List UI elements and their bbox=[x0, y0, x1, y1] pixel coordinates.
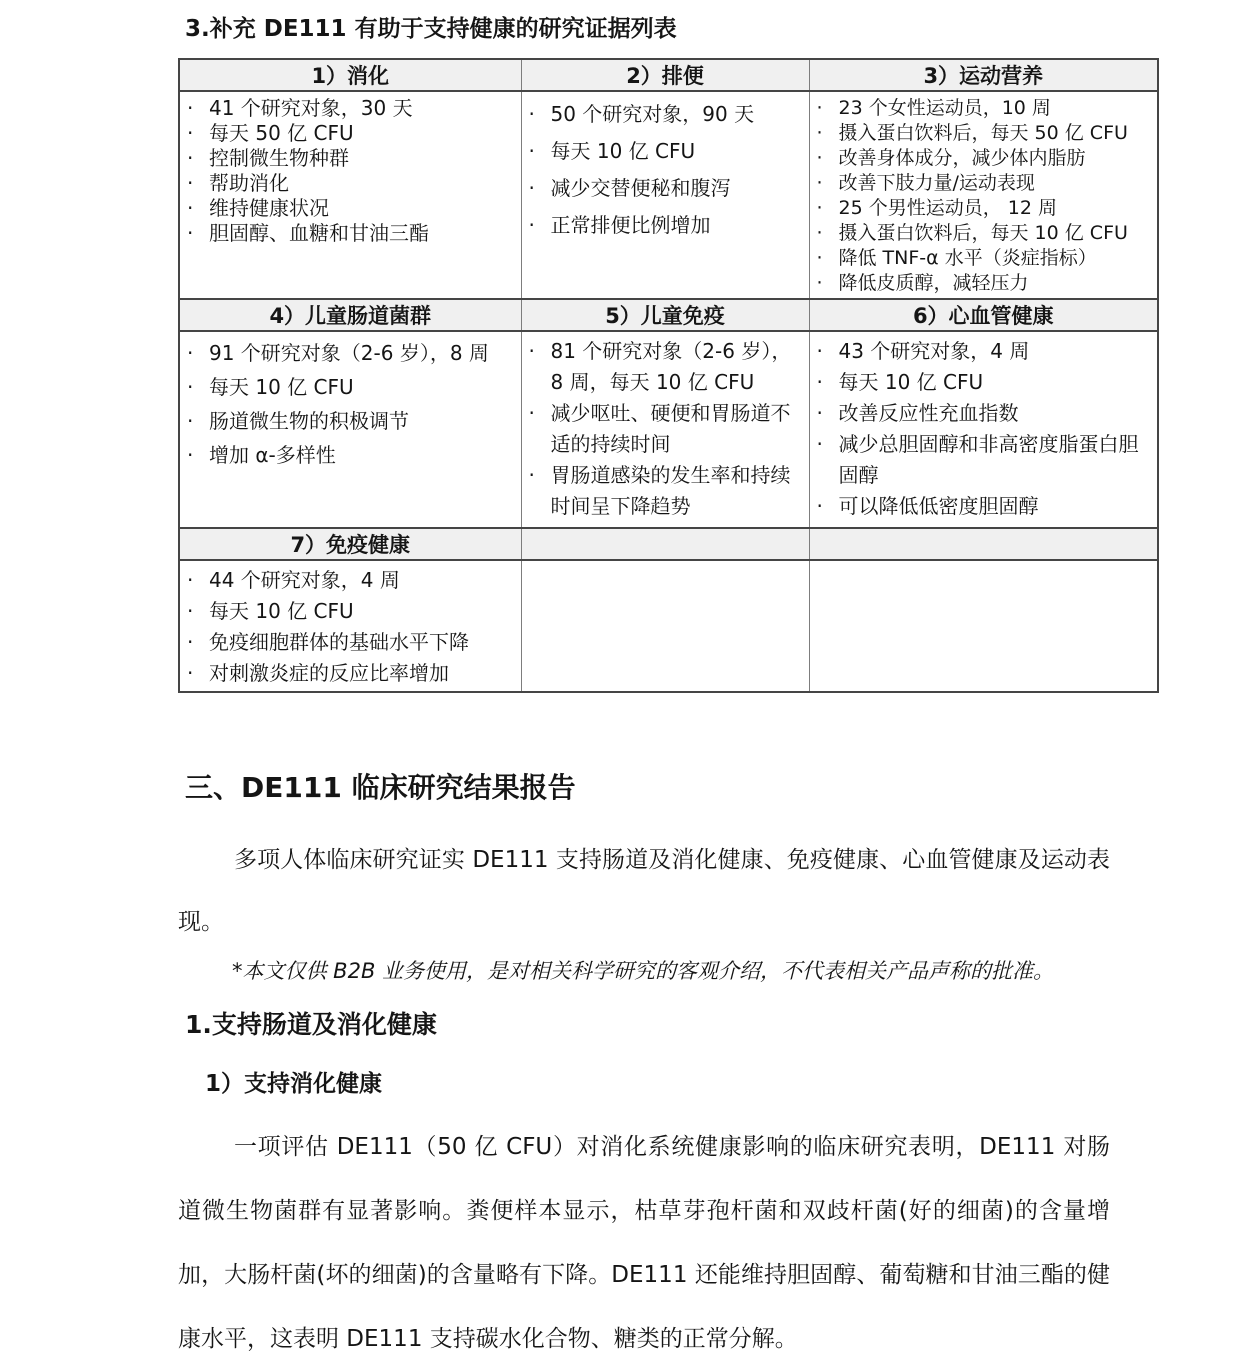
section-header-digestion: 1）消化 bbox=[179, 59, 521, 91]
intro-paragraph: 多项人体临床研究证实 DE111 支持肠道及消化健康、免疫健康、心血管健康及运动… bbox=[178, 829, 1110, 953]
b2b-disclaimer: *本文仅供 B2B 业务使用，是对相关科学研究的客观介绍，不代表相关产品声称的批… bbox=[178, 955, 1110, 987]
section-cell-immune-health: 44 个研究对象，4 周每天 10 亿 CFU免疫细胞群体的基础水平下降对刺激炎… bbox=[179, 560, 521, 692]
bullet-item: 改善反应性充血指数 bbox=[817, 398, 1151, 429]
section-header-bowel: 2）排便 bbox=[521, 59, 809, 91]
report-heading: 三、DE111 临床研究结果报告 bbox=[185, 771, 1240, 805]
bullet-item: 每天 10 亿 CFU bbox=[187, 370, 514, 404]
empty-header-cell bbox=[809, 528, 1158, 560]
table-body-row: 44 个研究对象，4 周每天 10 亿 CFU免疫细胞群体的基础水平下降对刺激炎… bbox=[179, 560, 1158, 692]
bullet-item: 摄入蛋白饮料后，每天 50 亿 CFU bbox=[817, 121, 1151, 146]
table-header-row: 4）儿童肠道菌群 5）儿童免疫 6）心血管健康 bbox=[179, 299, 1158, 331]
section-cell-bowel: 50 个研究对象，90 天每天 10 亿 CFU减少交替便秘和腹泻正常排便比例增… bbox=[521, 91, 809, 299]
evidence-list-bowel: 50 个研究对象，90 天每天 10 亿 CFU减少交替便秘和腹泻正常排便比例增… bbox=[529, 96, 802, 244]
bullet-item: 41 个研究对象，30 天 bbox=[187, 96, 514, 121]
evidence-list-child-immunity: 81 个研究对象（2-6 岁），8 周，每天 10 亿 CFU减少呕吐、硬便和胃… bbox=[529, 336, 802, 522]
section-cell-cardio: 43 个研究对象，4 周每天 10 亿 CFU改善反应性充血指数减少总胆固醇和非… bbox=[809, 331, 1158, 528]
bullet-item: 免疫细胞群体的基础水平下降 bbox=[187, 627, 514, 658]
evidence-list-cardio: 43 个研究对象，4 周每天 10 亿 CFU改善反应性充血指数减少总胆固醇和非… bbox=[817, 336, 1151, 522]
bullet-item: 每天 10 亿 CFU bbox=[817, 367, 1151, 398]
evidence-table: 1）消化 2）排便 3）运动营养 41 个研究对象，30 天每天 50 亿 CF… bbox=[178, 58, 1159, 693]
section-header-immune-health: 7）免疫健康 bbox=[179, 528, 521, 560]
table-title: 3.补充 DE111 有助于支持健康的研究证据列表 bbox=[185, 14, 1240, 44]
table-header-row: 7）免疫健康 bbox=[179, 528, 1158, 560]
bullet-item: 可以降低低密度胆固醇 bbox=[817, 491, 1151, 522]
section-cell-child-immunity: 81 个研究对象（2-6 岁），8 周，每天 10 亿 CFU减少呕吐、硬便和胃… bbox=[521, 331, 809, 528]
bullet-item: 每天 10 亿 CFU bbox=[529, 133, 802, 170]
bullet-item: 控制微生物种群 bbox=[187, 146, 514, 171]
bullet-item: 每天 10 亿 CFU bbox=[187, 596, 514, 627]
bullet-item: 改善下肢力量/运动表现 bbox=[817, 171, 1151, 196]
table-body-row: 41 个研究对象，30 天每天 50 亿 CFU控制微生物种群帮助消化维持健康状… bbox=[179, 91, 1158, 299]
section-header-child-gut: 4）儿童肠道菌群 bbox=[179, 299, 521, 331]
bullet-item: 帮助消化 bbox=[187, 171, 514, 196]
bullet-item: 减少总胆固醇和非高密度脂蛋白胆固醇 bbox=[817, 429, 1151, 491]
section-heading-gut-digestive: 1.支持肠道及消化健康 bbox=[185, 1009, 1240, 1041]
bullet-item: 胃肠道感染的发生率和持续时间呈下降趋势 bbox=[529, 460, 802, 522]
evidence-list-immune-health: 44 个研究对象，4 周每天 10 亿 CFU免疫细胞群体的基础水平下降对刺激炎… bbox=[187, 565, 514, 689]
bullet-item: 改善身体成分，减少体内脂肪 bbox=[817, 146, 1151, 171]
empty-cell bbox=[521, 560, 809, 692]
section-header-cardio: 6）心血管健康 bbox=[809, 299, 1158, 331]
bullet-item: 25 个男性运动员， 12 周 bbox=[817, 196, 1151, 221]
bullet-item: 维持健康状况 bbox=[187, 196, 514, 221]
bullet-item: 降低 TNF-α 水平（炎症指标） bbox=[817, 246, 1151, 271]
bullet-item: 对刺激炎症的反应比率增加 bbox=[187, 658, 514, 689]
subsection-heading-digestive: 1）支持消化健康 bbox=[205, 1069, 1240, 1099]
bullet-item: 43 个研究对象，4 周 bbox=[817, 336, 1151, 367]
bullet-item: 50 个研究对象，90 天 bbox=[529, 96, 802, 133]
section-cell-child-gut: 91 个研究对象（2-6 岁），8 周每天 10 亿 CFU肠道微生物的积极调节… bbox=[179, 331, 521, 528]
section-cell-sports-nutrition: 23 个女性运动员，10 周摄入蛋白饮料后，每天 50 亿 CFU改善身体成分，… bbox=[809, 91, 1158, 299]
evidence-list-sports-nutrition: 23 个女性运动员，10 周摄入蛋白饮料后，每天 50 亿 CFU改善身体成分，… bbox=[817, 96, 1151, 296]
bullet-item: 减少呕吐、硬便和胃肠道不适的持续时间 bbox=[529, 398, 802, 460]
bullet-item: 减少交替便秘和腹泻 bbox=[529, 170, 802, 207]
bullet-item: 81 个研究对象（2-6 岁），8 周，每天 10 亿 CFU bbox=[529, 336, 802, 398]
section-header-sports-nutrition: 3）运动营养 bbox=[809, 59, 1158, 91]
section-header-child-immunity: 5）儿童免疫 bbox=[521, 299, 809, 331]
empty-header-cell bbox=[521, 528, 809, 560]
table-body-row: 91 个研究对象（2-6 岁），8 周每天 10 亿 CFU肠道微生物的积极调节… bbox=[179, 331, 1158, 528]
evidence-list-child-gut: 91 个研究对象（2-6 岁），8 周每天 10 亿 CFU肠道微生物的积极调节… bbox=[187, 336, 514, 472]
section-cell-digestion: 41 个研究对象，30 天每天 50 亿 CFU控制微生物种群帮助消化维持健康状… bbox=[179, 91, 521, 299]
bullet-item: 肠道微生物的积极调节 bbox=[187, 404, 514, 438]
table-header-row: 1）消化 2）排便 3）运动营养 bbox=[179, 59, 1158, 91]
bullet-item: 91 个研究对象（2-6 岁），8 周 bbox=[187, 336, 514, 370]
empty-cell bbox=[809, 560, 1158, 692]
bullet-item: 降低皮质醇，减轻压力 bbox=[817, 271, 1151, 296]
digestive-study-paragraph: 一项评估 DE111（50 亿 CFU）对消化系统健康影响的临床研究表明，DE1… bbox=[178, 1115, 1110, 1371]
bullet-item: 正常排便比例增加 bbox=[529, 207, 802, 244]
bullet-item: 每天 50 亿 CFU bbox=[187, 121, 514, 146]
bullet-item: 胆固醇、血糖和甘油三酯 bbox=[187, 221, 514, 246]
bullet-item: 44 个研究对象，4 周 bbox=[187, 565, 514, 596]
bullet-item: 增加 α-多样性 bbox=[187, 438, 514, 472]
evidence-list-digestion: 41 个研究对象，30 天每天 50 亿 CFU控制微生物种群帮助消化维持健康状… bbox=[187, 96, 514, 246]
bullet-item: 23 个女性运动员，10 周 bbox=[817, 96, 1151, 121]
bullet-item: 摄入蛋白饮料后，每天 10 亿 CFU bbox=[817, 221, 1151, 246]
